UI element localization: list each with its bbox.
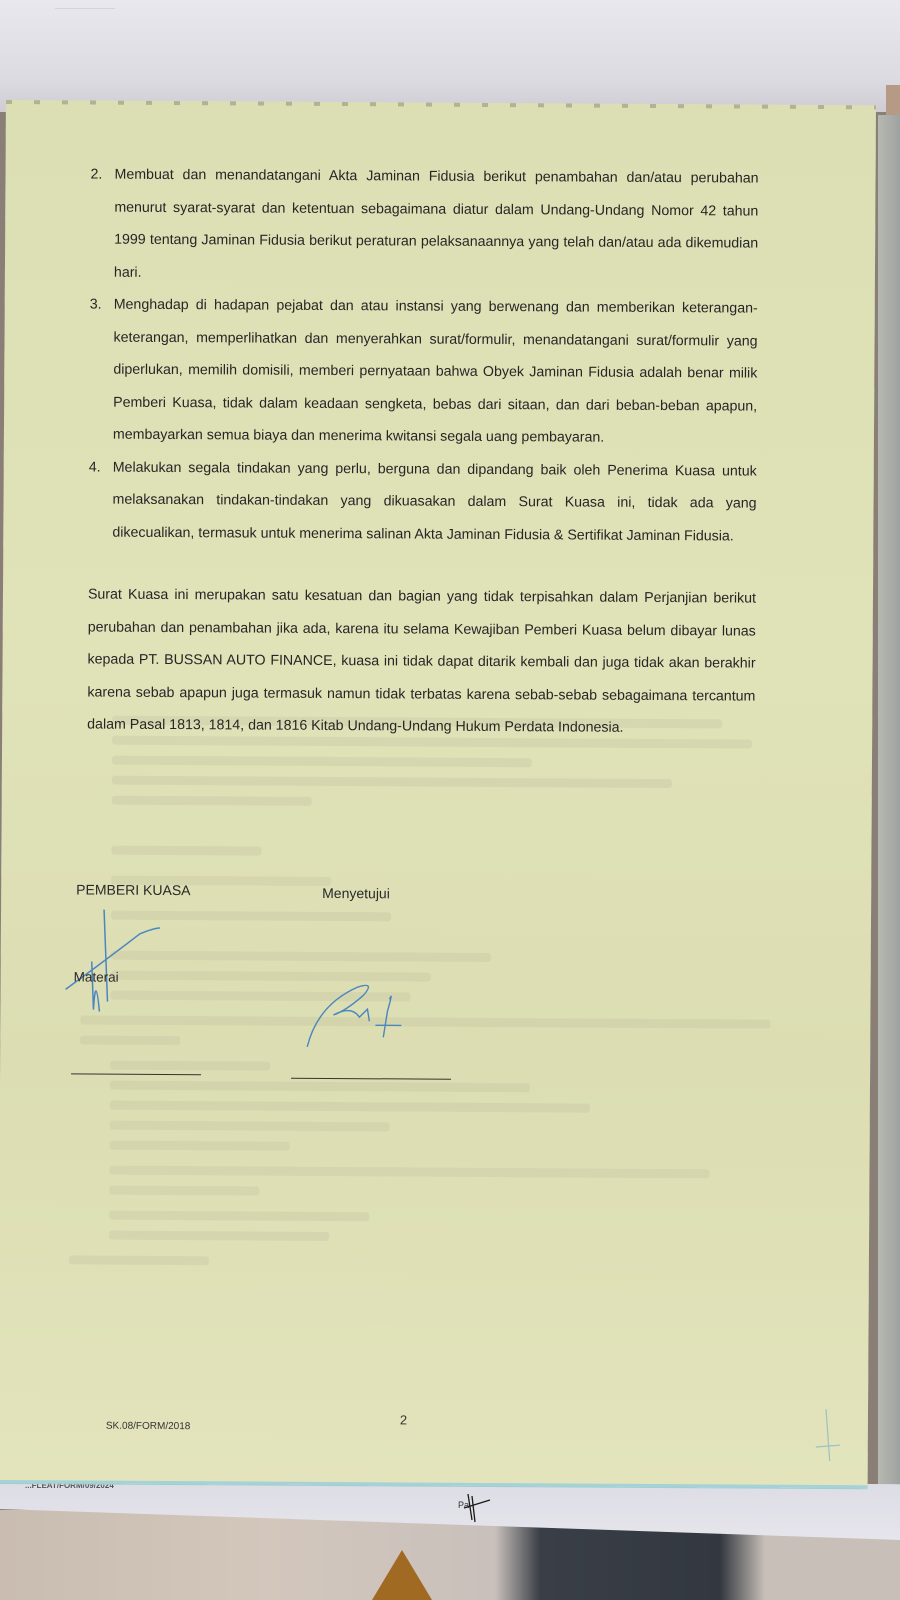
paraf-initial: Pa [458, 1500, 469, 1510]
item-number: 3. [90, 289, 102, 322]
approver-signature-line [291, 1078, 451, 1080]
stamp-duty-label: Materai [74, 961, 119, 994]
authority-list: 2. Membuat dan menandatangani Akta Jamin… [88, 159, 758, 553]
item-number: 2. [90, 159, 102, 192]
form-code: SK.08/FORM/2018 [106, 1421, 191, 1433]
document-body: 2. Membuat dan menandatangani Akta Jamin… [87, 159, 759, 760]
margin-initial-icon [808, 1405, 848, 1465]
item-text: Melakukan segala tindakan yang perlu, be… [112, 459, 756, 544]
list-item: 2. Membuat dan menandatangani Akta Jamin… [90, 159, 759, 293]
approver-signature-icon [297, 975, 417, 1056]
page-stack-edge [878, 115, 900, 1515]
approver-label: Menyetujui [322, 877, 390, 910]
signature-block: PEMBERI KUASA Menyetujui Materai [85, 874, 754, 1098]
grantor-signature-line [71, 1073, 201, 1075]
previous-page-flipped [0, 0, 900, 112]
closing-paragraph: Surat Kuasa ini merupakan satu kesatuan … [87, 579, 756, 746]
page-number: 2 [400, 1412, 407, 1427]
list-item: 3. Menghadap di hadapan pejabat dan atau… [89, 289, 758, 456]
faint-handwriting [55, 0, 115, 9]
batik-cloth [372, 1550, 432, 1600]
paraf-signature-icon [462, 1492, 492, 1524]
document-page: 2. Membuat dan menandatangani Akta Jamin… [0, 100, 876, 1488]
list-item: 4. Melakukan segala tindakan yang perlu,… [88, 451, 757, 553]
item-number: 4. [89, 451, 101, 484]
item-text: Menghadap di hadapan pejabat dan atau in… [113, 297, 758, 446]
item-text: Membuat dan menandatangani Akta Jaminan … [114, 167, 759, 281]
